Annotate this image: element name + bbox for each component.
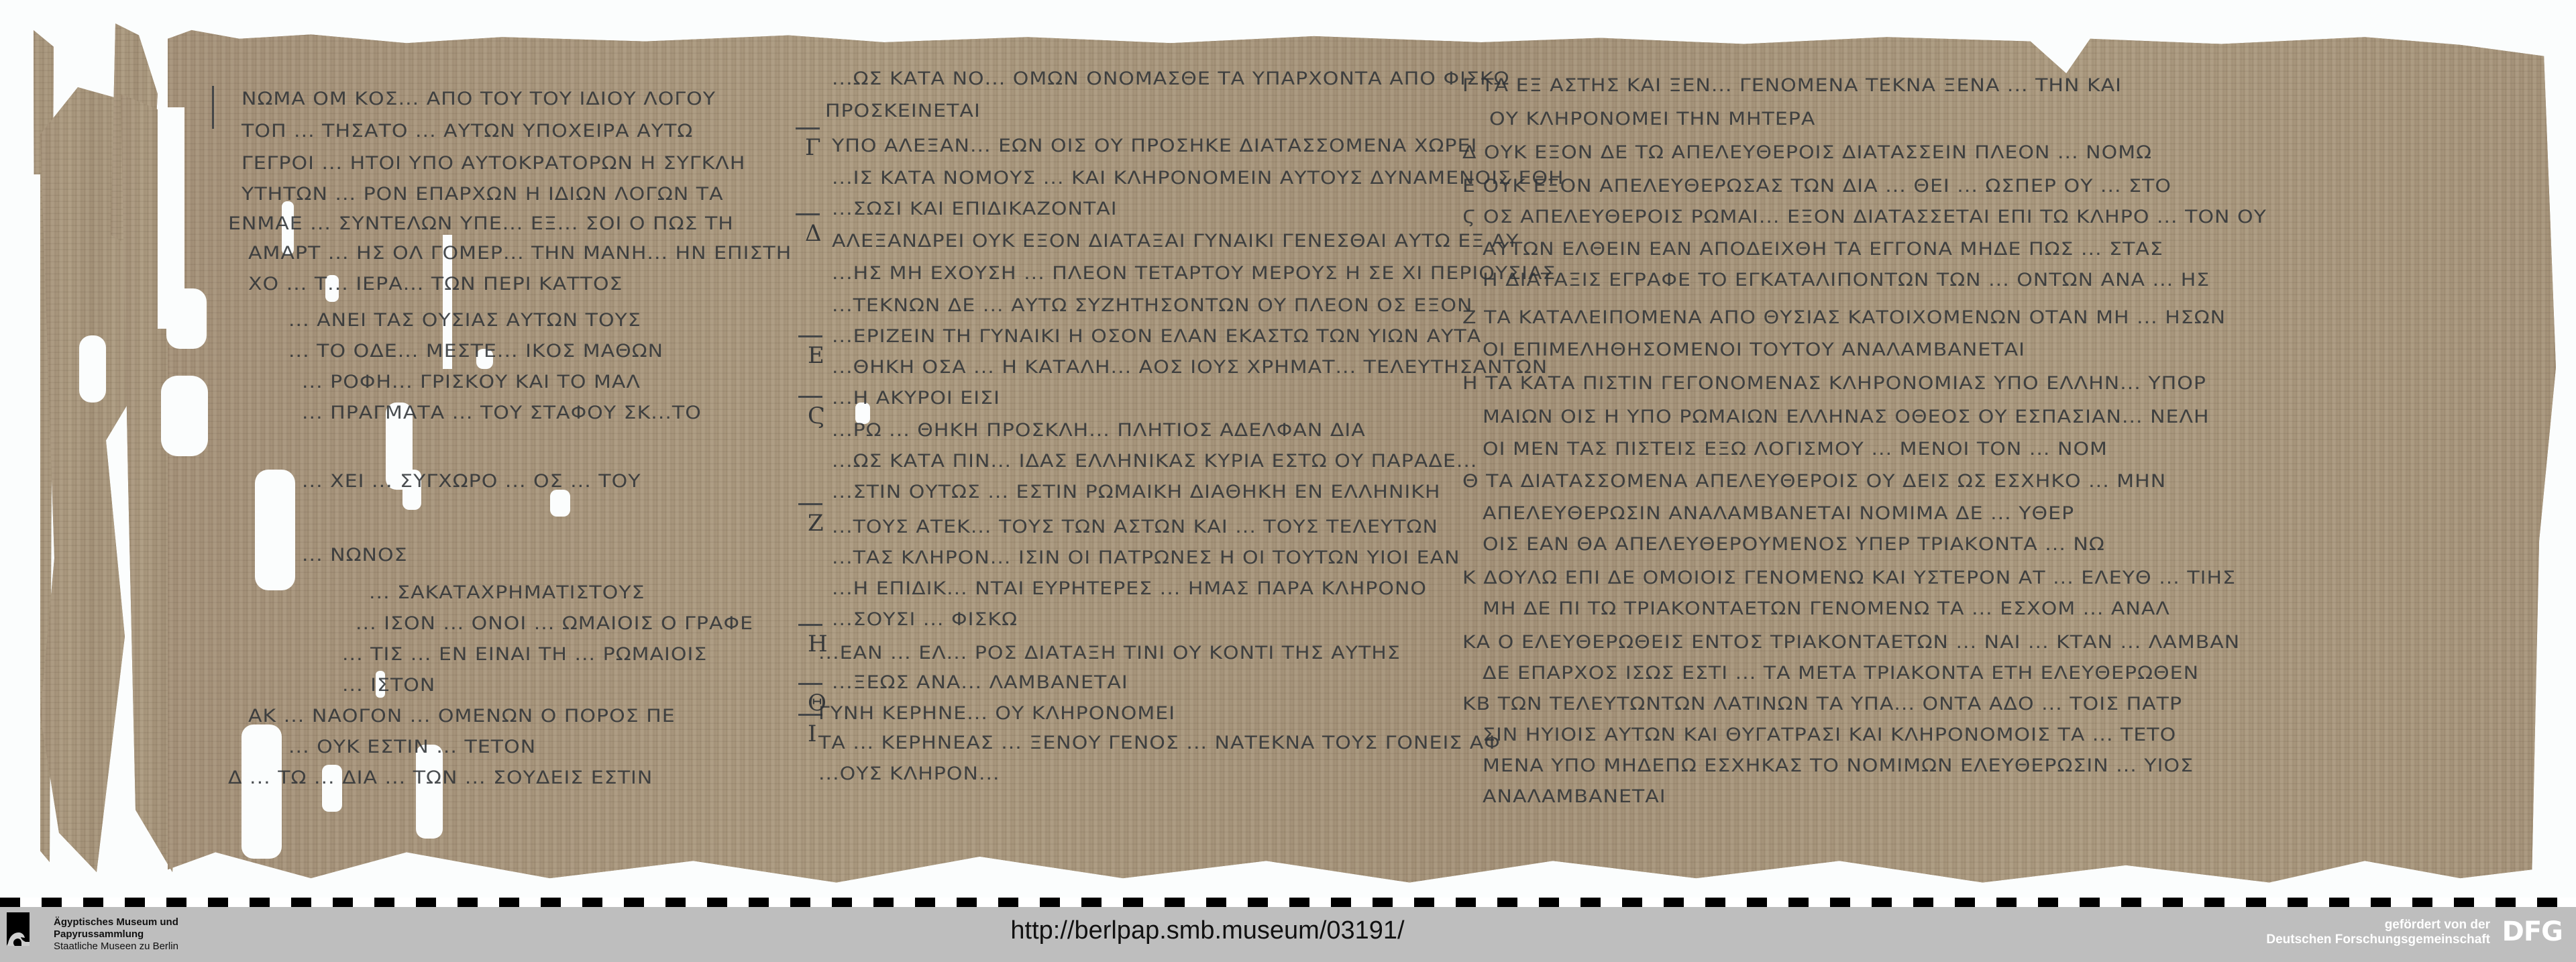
text-line: ΟΙΣ ΕΑΝ ΘΑ ΑΠΕΛΕΥΘΕΡΟΥΜΕΝΟΣ ΥΠΕΡ ΤΡΙΑΚΟΝ… [1483, 534, 2105, 555]
text-line: ...ΕΑΝ ... ΕΛ... ΡΟΣ ΔΙΑΤΑΞΗ ΤΙΝΙ ΟΥ ΚΟΝ… [818, 643, 1401, 664]
text-line: ΑΥΤΩΝ ΕΛΘΕΙΝ ΕΑΝ ΑΠΟΔΕΙΧΘΗ ΤΑ ΕΓΓΟΝΑ ΜΗΔ… [1483, 239, 2163, 260]
text-line: ΑΝΑΛΑΜΒΑΝΕΤΑΙ [1483, 786, 1666, 808]
margin-numeral: Γ [805, 134, 821, 161]
text-line: ...ΗΣ ΜΗ ΕΧΟΥΣΗ ... ΠΛΕΟΝ ΤΕΤΑΡΤΟΥ ΜΕΡΟΥ… [832, 263, 1556, 284]
funding-note-line1: gefördert von der [2266, 918, 2490, 932]
text-line: ...ΙΣ ΚΑΤΑ ΝΟΜΟΥΣ ... ΚΑΙ ΚΛΗΡΟΝΟΜΕΙΝ ΑΥ… [832, 168, 1564, 189]
text-line: ...ΤΑΣ ΚΛΗΡΟΝ... ΙΣΙΝ ΟΙ ΠΑΤΡΩΝΕΣ Η ΟΙ Τ… [832, 547, 1460, 569]
text-line: Κ ΔΟΥΛΩ ΕΠΙ ΔΕ ΟΜΟΙΟΙΣ ΓΕΝΟΜΕΝΩ ΚΑΙ ΥΣΤΕ… [1462, 568, 2236, 589]
museum-name-line3: Staatliche Museen zu Berlin [54, 941, 178, 953]
text-line: ...ΘΗΚΗ ΟΣΑ ... Η ΚΑΤΑΛΗ... ΑΟΣ ΙΟΥΣ ΧΡΗ… [832, 357, 1548, 378]
eagle-logo-icon [7, 912, 30, 946]
text-line: ΓΥΝΗ ΚΕΡΗΝΕ... ΟΥ ΚΛΗΡΟΝΟΜΕΙ [818, 703, 1175, 725]
text-line: ... ΙΣΤΟΝ [342, 675, 435, 696]
text-line: ...ΤΟΥΣ ΑΤΕΚ... ΤΟΥΣ ΤΩΝ ΑΣΤΩΝ ΚΑΙ ... Τ… [832, 517, 1438, 538]
text-line: ...ΕΡΙΖΕΙΝ ΤΗ ΓΥΝΑΙΚΙ Η ΟΣΟΝ ΕΛΑΝ ΕΚΑΣΤΩ… [832, 326, 1481, 348]
text-line: ΔΕ ΕΠΑΡΧΟΣ ΙΣΩΣ ΕΣΤΙ ... ΤΑ ΜΕΤΑ ΤΡΙΑΚΟΝ… [1483, 663, 2199, 684]
text-line: ΠΡΟΣΚΕΙΝΕΤΑΙ [825, 101, 981, 122]
text-line: ΑΠΕΛΕΥΘΕΡΩΣΙΝ ΑΝΑΛΑΜΒΑΝΕΤΑΙ ΝΟΜΙΜΑ ΔΕ ..… [1483, 503, 2074, 525]
margin-numeral: Ι [808, 720, 816, 747]
text-line: ... ΤΙΣ ... ΕΝ ΕΙΝΑΙ ΤΗ ... ΡΩΜΑΙΟΙΣ [342, 644, 707, 665]
text-line: ΥΤΗΤΩΝ ... ΡΟΝ ΕΠΑΡΧΩΝ Η ΙΔΙΩΝ ΛΟΓΩΝ ΤΑ [241, 184, 724, 205]
text-line: ΟΥ ΚΛΗΡΟΝΟΜΕΙ ΤΗΝ ΜΗΤΕΡΑ [1489, 109, 1815, 130]
text-line: ΝΩΜΑ ΟΜ ΚΟΣ... ΑΠΟ ΤΟΥ ΤΟΥ ΙΔΙΟΥ ΛΟΓΟΥ [241, 89, 716, 110]
papyrus-hole [166, 288, 207, 349]
text-line: ΥΠΟ ΑΛΕΞΑΝ... ΕΩΝ ΟΙΣ ΟΥ ΠΡΟΣΗΚΕ ΔΙΑΤΑΣΣ… [832, 136, 1477, 157]
text-line: ΟΙ ΕΠΙΜΕΛΗΘΗΣΟΜΕΝΟΙ ΤΟΥΤΟΥ ΑΝΑΛΑΜΒΑΝΕΤΑΙ [1483, 339, 2025, 361]
text-line: ...ΤΕΚΝΩΝ ΔΕ ... ΑΥΤΩ ΣΥΖΗΤΗΣΟΝΤΩΝ ΟΥ ΠΛ… [832, 295, 1472, 317]
text-line: ... ΠΡΑΓΜΑΤΑ ... ΤΟΥ ΣΤΑΦΟΥ ΣΚ...ΤΟ [302, 403, 702, 424]
papyrus-hole [2043, 20, 2053, 47]
margin-numeral: Ζ [808, 510, 824, 537]
text-line: ΑΛΕΞΑΝΔΡΕΙ ΟΥΚ ΕΞΟΝ ΔΙΑΤΑΞΑΙ ΓΥΝΑΙΚΙ ΓΕΝ… [832, 231, 1519, 252]
text-line: Δ ΟΥΚ ΕΞΟΝ ΔΕ ΤΩ ΑΠΕΛΕΥΘΕΡΟΙΣ ΔΙΑΤΑΣΣΕΙΝ… [1462, 142, 2152, 164]
scale-bar [0, 898, 2576, 907]
papyrus-hole [79, 335, 106, 403]
text-line: ΟΙ ΜΕΝ ΤΑΣ ΠΙΣΤΕΙΣ ΕΞΩ ΛΟΓΙΣΜΟΥ ... ΜΕΝΟ… [1483, 439, 2108, 460]
text-column-3: Γ ΤΑ ΕΞ ΑΣΤΗΣ ΚΑΙ ΞΕΝ... ΓΕΝΟΜΕΝΑ ΤΕΚΝΑ … [1456, 74, 2113, 812]
text-line: ...ΟΥΣ ΚΛΗΡΟΝ... [818, 763, 1000, 785]
text-line: ΤΟΠ ... ΤΗΣΑΤΟ ... ΑΥΤΩΝ ΥΠΟΧΕΙΡΑ ΑΥΤΩ [241, 121, 693, 142]
funding-note-line2: Deutschen Forschungsgemeinschaft [2266, 932, 2490, 947]
text-line: ΑΚ ... ΝΑΟΓΟΝ ... ΟΜΕΝΩΝ Ο ΠΟΡΟΣ ΠΕ [248, 706, 676, 727]
dfg-logo: DFG [2502, 916, 2563, 947]
permalink-url[interactable]: http://berlpap.smb.museum/03191/ [872, 916, 1543, 945]
museum-name-line2: Papyrussammlung [54, 928, 178, 941]
text-line: ΣΙΝ ΗΥΙΟΙΣ ΑΥΤΩΝ ΚΑΙ ΘΥΓΑΤΡΑΣΙ ΚΑΙ ΚΛΗΡΟ… [1483, 725, 2176, 746]
text-line: ...ΣΤΙΝ ΟΥΤΩΣ ... ΕΣΤΙΝ ΡΩΜΑΙΚΗ ΔΙΑΘΗΚΗ … [832, 482, 1440, 503]
text-line: Η ΔΙΑΤΑΞΙΣ ΕΓΡΑΦΕ ΤΟ ΕΓΚΑΤΑΛΙΠΟΝΤΩΝ ΤΩΝ … [1483, 270, 2210, 291]
text-line: ... ΟΥΚ ΕΣΤΙΝ ... ΤΕΤΟΝ [288, 737, 536, 758]
text-line: Ϛ ΟΣ ΑΠΕΛΕΥΘΕΡΟΙΣ ΡΩΜΑΙ... ΕΞΟΝ ΔΙΑΤΑΣΣΕ… [1462, 207, 2267, 228]
text-line: ΧΟ ... Τ... ΙΕΡΑ... ΤΩΝ ΠΕΡΙ ΚΑΤΤΟΣ [248, 274, 623, 295]
text-line: ... ΧΕΙ ... ΣΥΓΧΩΡΟ ... ΟΣ ... ΤΟΥ [302, 471, 641, 492]
papyrus-hole [0, 174, 40, 886]
text-line: ... ΝΩΝΟΣ [302, 545, 408, 566]
text-line: ΕΝΜΑΕ ... ΣΥΝΤΕΛΩΝ ΥΠΕ... ΕΞ... ΣΟΙ Ο ΠΩ… [228, 213, 734, 235]
text-column-2: Γ Δ Ε Ϛ Ζ Η Θ Ι ...ΩΣ ΚΑΤΑ ΝΟ... ΟΜΩΝ ΟΝ… [805, 67, 1422, 805]
text-line: ... ΙΣΟΝ ... ΟΝΟΙ ... ΩΜΑΙΟΙΣ Ο ΓΡΑΦΕ [356, 613, 753, 635]
text-line: Ζ ΤΑ ΚΑΤΑΛΕΙΠΟΜΕΝΑ ΑΠΟ ΘΥΣΙΑΣ ΚΑΤΟΙΧΟΜΕΝ… [1462, 307, 2226, 329]
text-line: ...ΩΣ ΚΑΤΑ ΝΟ... ΟΜΩΝ ΟΝΟΜΑΣΘΕ ΤΑ ΥΠΑΡΧΟ… [832, 68, 1509, 90]
footer: Ägyptisches Museum und Papyrussammlung S… [0, 907, 2576, 962]
text-line: Η ΤΑ ΚΑΤΑ ΠΙΣΤΙΝ ΓΕΓΟΝΟΜΕΝΑΣ ΚΛΗΡΟΝΟΜΙΑΣ… [1462, 373, 2206, 394]
text-line: ...ΡΩ ... ΘΗΚΗ ΠΡΟΣΚΛΗ... ΠΛΗΤΙΟΣ ΑΔΕΛΦΑ… [832, 420, 1366, 441]
text-column-1: ΝΩΜΑ ΟΜ ΚΟΣ... ΑΠΟ ΤΟΥ ΤΟΥ ΙΔΙΟΥ ΛΟΓΟΥ Τ… [208, 81, 758, 818]
papyrus-hole [161, 376, 208, 456]
text-line: ΤΑ ... ΚΕΡΗΝΕΑΣ ... ΞΕΝΟΥ ΓΕΝΟΣ ... ΝΑΤΕ… [818, 733, 1501, 754]
text-line: Ε ΟΥΚ ΕΞΟΝ ΑΠΕΛΕΥΘΕΡΩΣΑΣ ΤΩΝ ΔΙΑ ... ΘΕΙ… [1462, 176, 2171, 197]
text-line: ... ΑΝΕΙ ΤΑΣ ΟΥΣΙΑΣ ΑΥΤΩΝ ΤΟΥΣ [288, 310, 641, 331]
text-line: ...ΣΩΣΙ ΚΑΙ ΕΠΙΔΙΚΑΖΟΝΤΑΙ [832, 199, 1118, 220]
papyrus-image: ΝΩΜΑ ΟΜ ΚΟΣ... ΑΠΟ ΤΟΥ ΤΟΥ ΙΔΙΟΥ ΛΟΓΟΥ Τ… [0, 0, 2576, 899]
text-line: ΜΑΙΩΝ ΟΙΣ Η ΥΠΟ ΡΩΜΑΙΩΝ ΕΛΛΗΝΑΣ ΟΘΕΟΣ ΟΥ… [1483, 407, 2210, 428]
text-line: ΜΕΝΑ ΥΠΟ ΜΗΔΕΠΩ ΕΣΧΗΚΑΣ ΤΟ ΝΟΜΙΜΩΝ ΕΛΕΥΘ… [1483, 755, 2194, 777]
margin-numeral: Ε [808, 342, 824, 369]
text-line: ...ΞΕΩΣ ΑΝΑ... ΛΑΜΒΑΝΕΤΑΙ [832, 672, 1128, 694]
text-line: ...Η ΑΚΥΡΟΙ ΕΙΣΙ [832, 388, 1000, 409]
text-line: ΓΕΓΡΟΙ ... ΗΤΟΙ ΥΠΟ ΑΥΤΟΚΡΑΤΟΡΩΝ Η ΣΥΓΚΛ… [241, 153, 745, 174]
text-line: Γ ΤΑ ΕΞ ΑΣΤΗΣ ΚΑΙ ΞΕΝ... ΓΕΝΟΜΕΝΑ ΤΕΚΝΑ … [1462, 75, 2122, 97]
text-line: ... ΡΟΦΗ... ΓΡΙΣΚΟΥ ΚΑΙ ΤΟ ΜΑΛ [302, 372, 641, 393]
margin-numeral: Δ [805, 220, 822, 247]
text-line: ΑΜΑΡΤ ... ΗΣ ΟΛ ΓΟΜΕΡ... ΤΗΝ ΜΑΝΗ... ΗΝ … [248, 243, 792, 264]
text-line: ... ΣΑΚΑΤΑΧΡΗΜΑΤΙΣΤΟΥΣ [369, 582, 645, 604]
text-line: ... ΤΟ ΟΔΕ... ΜΕΣΤΕ... ΙΚΟΣ ΜΑΘΩΝ [288, 341, 663, 362]
text-line: ΚΒ ΤΩΝ ΤΕΛΕΥΤΩΝΤΩΝ ΛΑΤΙΝΩΝ ΤΑ ΥΠΑ... ΟΝΤ… [1462, 694, 2182, 715]
museum-name: Ägyptisches Museum und Papyrussammlung S… [54, 916, 178, 953]
margin-numeral: Ϛ [808, 403, 825, 429]
text-line: Θ ΤΑ ΔΙΑΤΑΣΣΟΜΕΝΑ ΑΠΕΛΕΥΘΕΡΟΙΣ ΟΥ ΔΕΙΣ Ω… [1462, 471, 2166, 492]
funding-note: gefördert von der Deutschen Forschungsge… [2266, 918, 2490, 947]
museum-name-line1: Ägyptisches Museum und [54, 916, 178, 928]
text-line: ...Η ΕΠΙΔΙΚ... ΝΤΑΙ ΕΥΡΗΤΕΡΕΣ ... ΗΜΑΣ Π… [832, 578, 1427, 600]
text-line: ...ΩΣ ΚΑΤΑ ΠΙΝ... ΙΔΑΣ ΕΛΛΗΝΙΚΑΣ ΚΥΡΙΑ Ε… [832, 451, 1477, 472]
text-line: Δ ... ΤΩ ... ΔΙΑ ... ΤΩΝ ... ΣΟΥΔΕΙΣ ΕΣΤ… [228, 767, 653, 789]
text-line: ΜΗ ΔΕ ΠΙ ΤΩ ΤΡΙΑΚΟΝΤΑΕΤΩΝ ΓΕΝΟΜΕΝΩ ΤΑ ..… [1483, 598, 2170, 620]
text-line: ΚΑ Ο ΕΛΕΥΘΕΡΩΘΕΙΣ ΕΝΤΟΣ ΤΡΙΑΚΟΝΤΑΕΤΩΝ ..… [1462, 632, 2240, 653]
text-line: ...ΣΟΥΣΙ ... ΦΙΣΚΩ [832, 609, 1018, 631]
